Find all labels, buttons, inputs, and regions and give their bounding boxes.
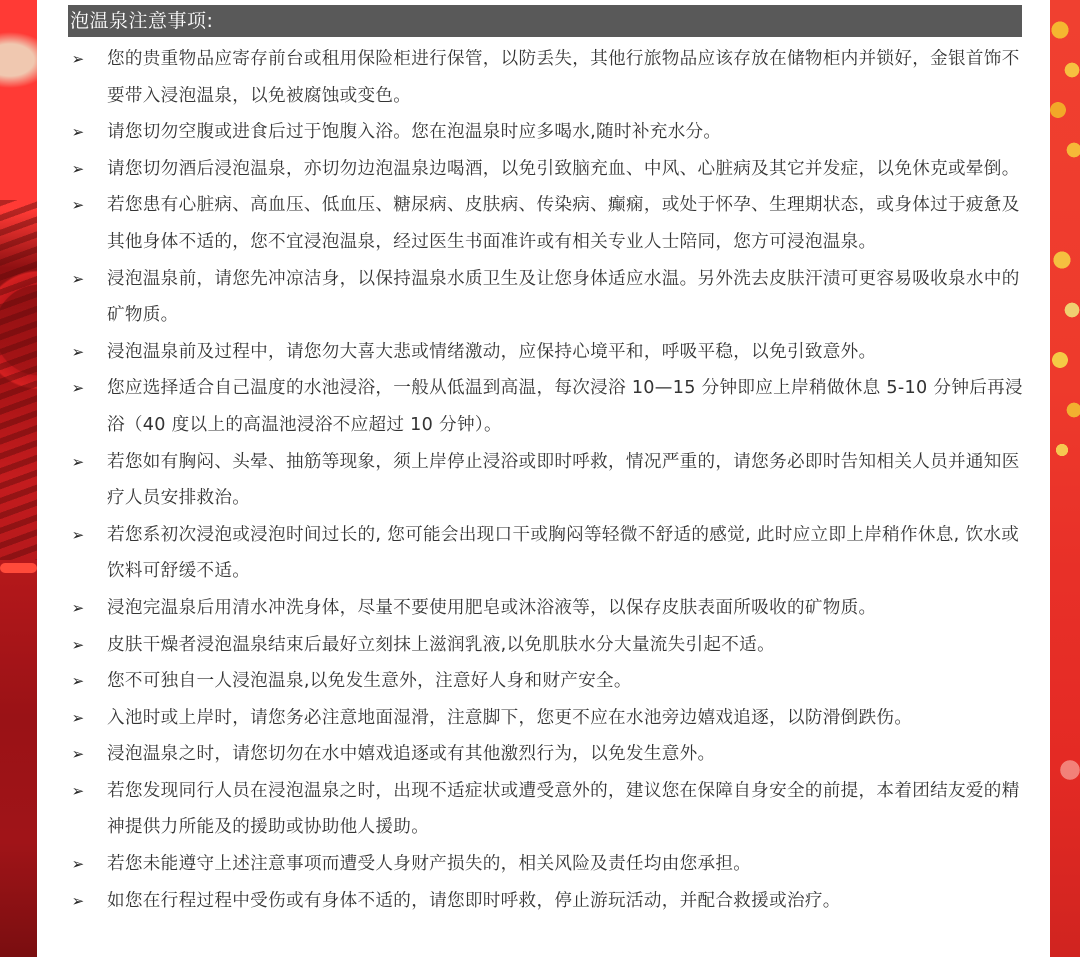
list-item: ➢ 浸泡温泉前，请您先冲凉洁身，以保持温泉水质卫生及让您身体适应水温。另外洗去皮… bbox=[68, 261, 1028, 334]
list-item: ➢ 若您未能遵守上述注意事项而遭受人身财产损失的，相关风险及责任均由您承担。 bbox=[68, 846, 1028, 883]
list-item-text: 浸泡完温泉后用清水冲洗身体，尽量不要使用肥皂或沐浴液等，以保存皮肤表面所吸收的矿… bbox=[107, 590, 1025, 627]
list-item: ➢ 请您切勿空腹或进食后过于饱腹入浴。您在泡温泉时应多喝水,随时补充水分。 bbox=[68, 114, 1028, 151]
list-item-text: 浸泡温泉前，请您先冲凉洁身，以保持温泉水质卫生及让您身体适应水温。另外洗去皮肤汗… bbox=[107, 261, 1025, 334]
arrowhead-bullet-icon: ➢ bbox=[68, 700, 88, 737]
list-item-text: 入池时或上岸时，请您务必注意地面湿滑，注意脚下，您更不应在水池旁边嬉戏追逐，以防… bbox=[107, 700, 1025, 737]
decorative-right-border-flowers bbox=[1050, 0, 1080, 957]
list-item-text: 浸泡温泉前及过程中，请您勿大喜大悲或情绪激动，应保持心境平和，呼吸平稳，以免引致… bbox=[107, 334, 1025, 371]
arrowhead-bullet-icon: ➢ bbox=[68, 627, 88, 664]
list-item: ➢ 皮肤干燥者浸泡温泉结束后最好立刻抹上滋润乳液,以免肌肤水分大量流失引起不适。 bbox=[68, 627, 1028, 664]
document-page: 泡温泉注意事项: ➢ 您的贵重物品应寄存前台或租用保险柜进行保管，以防丢失，其他… bbox=[0, 0, 1080, 957]
list-item: ➢ 若您如有胸闷、头晕、抽筋等现象，须上岸停止浸浴或即时呼救，情况严重的，请您务… bbox=[68, 444, 1028, 517]
list-item-text: 若您未能遵守上述注意事项而遭受人身财产损失的，相关风险及责任均由您承担。 bbox=[107, 846, 1025, 883]
arrowhead-bullet-icon: ➢ bbox=[68, 663, 88, 700]
arrowhead-bullet-icon: ➢ bbox=[68, 370, 88, 407]
list-item: ➢ 您的贵重物品应寄存前台或租用保险柜进行保管，以防丢失，其他行旅物品应该存放在… bbox=[68, 41, 1028, 114]
arrowhead-bullet-icon: ➢ bbox=[68, 187, 88, 224]
list-item-text: 若您系初次浸泡或浸泡时间过长的, 您可能会出现口干或胸闷等轻微不舒适的感觉, 此… bbox=[107, 517, 1025, 590]
arrowhead-bullet-icon: ➢ bbox=[68, 590, 88, 627]
section-title: 泡温泉注意事项: bbox=[70, 10, 213, 32]
arrowhead-bullet-icon: ➢ bbox=[68, 334, 88, 371]
list-item-text: 如您在行程过程中受伤或有身体不适的，请您即时呼救，停止游玩活动，并配合救援或治疗… bbox=[107, 883, 1025, 920]
arrowhead-bullet-icon: ➢ bbox=[68, 41, 88, 78]
list-item-text: 您的贵重物品应寄存前台或租用保险柜进行保管，以防丢失，其他行旅物品应该存放在储物… bbox=[107, 41, 1025, 114]
arrowhead-bullet-icon: ➢ bbox=[68, 846, 88, 883]
list-item: ➢ 若您患有心脏病、高血压、低血压、糖尿病、皮肤病、传染病、癫痫，或处于怀孕、生… bbox=[68, 187, 1028, 260]
list-item: ➢ 请您切勿酒后浸泡温泉，亦切勿边泡温泉边喝酒，以免引致脑充血、中风、心脏病及其… bbox=[68, 151, 1028, 188]
list-item-text: 浸泡温泉之时，请您切勿在水中嬉戏追逐或有其他激烈行为，以免发生意外。 bbox=[107, 736, 1025, 773]
arrowhead-bullet-icon: ➢ bbox=[68, 261, 88, 298]
list-item-text: 皮肤干燥者浸泡温泉结束后最好立刻抹上滋润乳液,以免肌肤水分大量流失引起不适。 bbox=[107, 627, 1025, 664]
section-title-bar: 泡温泉注意事项: bbox=[68, 5, 1022, 37]
list-item: ➢ 若您发现同行人员在浸泡温泉之时，出现不适症状或遭受意外的，建议您在保障自身安… bbox=[68, 773, 1028, 846]
list-item: ➢ 浸泡温泉之时，请您切勿在水中嬉戏追逐或有其他激烈行为，以免发生意外。 bbox=[68, 736, 1028, 773]
arrowhead-bullet-icon: ➢ bbox=[68, 773, 88, 810]
notice-list: ➢ 您的贵重物品应寄存前台或租用保险柜进行保管，以防丢失，其他行旅物品应该存放在… bbox=[68, 41, 1028, 919]
arrowhead-bullet-icon: ➢ bbox=[68, 736, 88, 773]
list-item-text: 您不可独自一人浸泡温泉,以免发生意外，注意好人身和财产安全。 bbox=[107, 663, 1025, 700]
dragon-motif-icon bbox=[0, 200, 37, 560]
decorative-left-border bbox=[0, 0, 37, 957]
list-item-text: 请您切勿空腹或进食后过于饱腹入浴。您在泡温泉时应多喝水,随时补充水分。 bbox=[107, 114, 1025, 151]
arrowhead-bullet-icon: ➢ bbox=[68, 883, 88, 920]
list-item: ➢ 若您系初次浸泡或浸泡时间过长的, 您可能会出现口干或胸闷等轻微不舒适的感觉,… bbox=[68, 517, 1028, 590]
list-item: ➢ 如您在行程过程中受伤或有身体不适的，请您即时呼救，停止游玩活动，并配合救援或… bbox=[68, 883, 1028, 920]
list-item-text: 您应选择适合自己温度的水池浸浴，一般从低温到高温，每次浸浴 10—15 分钟即应… bbox=[107, 370, 1025, 443]
list-item: ➢ 您不可独自一人浸泡温泉,以免发生意外，注意好人身和财产安全。 bbox=[68, 663, 1028, 700]
decorative-stripe bbox=[0, 563, 37, 573]
list-item: ➢ 浸泡完温泉后用清水冲洗身体，尽量不要使用肥皂或沐浴液等，以保存皮肤表面所吸收… bbox=[68, 590, 1028, 627]
list-item: ➢ 您应选择适合自己温度的水池浸浴，一般从低温到高温，每次浸浴 10—15 分钟… bbox=[68, 370, 1028, 443]
arrowhead-bullet-icon: ➢ bbox=[68, 151, 88, 188]
arrowhead-bullet-icon: ➢ bbox=[68, 114, 88, 151]
list-item-text: 若您如有胸闷、头晕、抽筋等现象，须上岸停止浸浴或即时呼救，情况严重的，请您务必即… bbox=[107, 444, 1025, 517]
list-item: ➢ 入池时或上岸时，请您务必注意地面湿滑，注意脚下，您更不应在水池旁边嬉戏追逐，… bbox=[68, 700, 1028, 737]
list-item-text: 若您发现同行人员在浸泡温泉之时，出现不适症状或遭受意外的，建议您在保障自身安全的… bbox=[107, 773, 1025, 846]
list-item: ➢ 浸泡温泉前及过程中，请您勿大喜大悲或情绪激动，应保持心境平和，呼吸平稳，以免… bbox=[68, 334, 1028, 371]
arrowhead-bullet-icon: ➢ bbox=[68, 517, 88, 554]
arrowhead-bullet-icon: ➢ bbox=[68, 444, 88, 481]
list-item-text: 若您患有心脏病、高血压、低血压、糖尿病、皮肤病、传染病、癫痫，或处于怀孕、生理期… bbox=[107, 187, 1025, 260]
list-item-text: 请您切勿酒后浸泡温泉，亦切勿边泡温泉边喝酒，以免引致脑充血、中风、心脏病及其它并… bbox=[107, 151, 1025, 188]
